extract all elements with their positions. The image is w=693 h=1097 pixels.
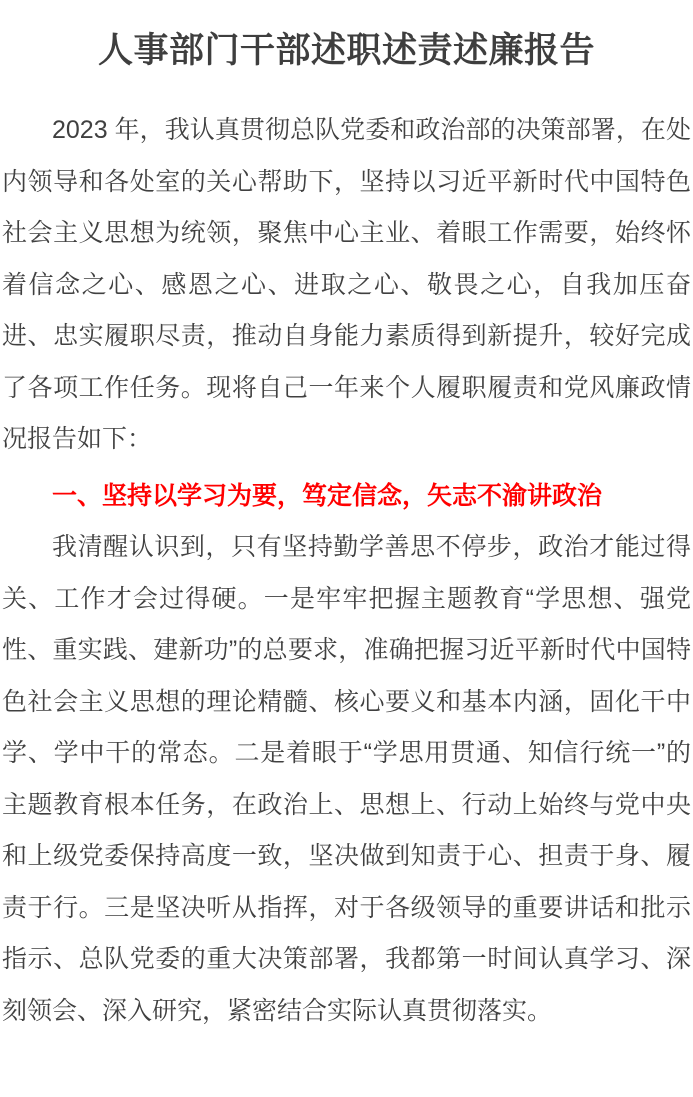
document-page: 人事部门干部述职述责述廉报告 2023 年，我认真贯彻总队党委和政治部的决策部署… (0, 0, 693, 1097)
section-1-paragraph: 我清醒认识到，只有坚持勤学善思不停步，政治才能过得关、工作才会过得硬。一是牢牢把… (2, 522, 691, 1037)
intro-paragraph: 2023 年，我认真贯彻总队党委和政治部的决策部署，在处内领导和各处室的关心帮助… (2, 105, 691, 466)
document-title: 人事部门干部述职述责述廉报告 (2, 28, 691, 74)
section-1-heading: 一、坚持以学习为要，笃定信念，矢志不渝讲政治 (2, 471, 691, 523)
